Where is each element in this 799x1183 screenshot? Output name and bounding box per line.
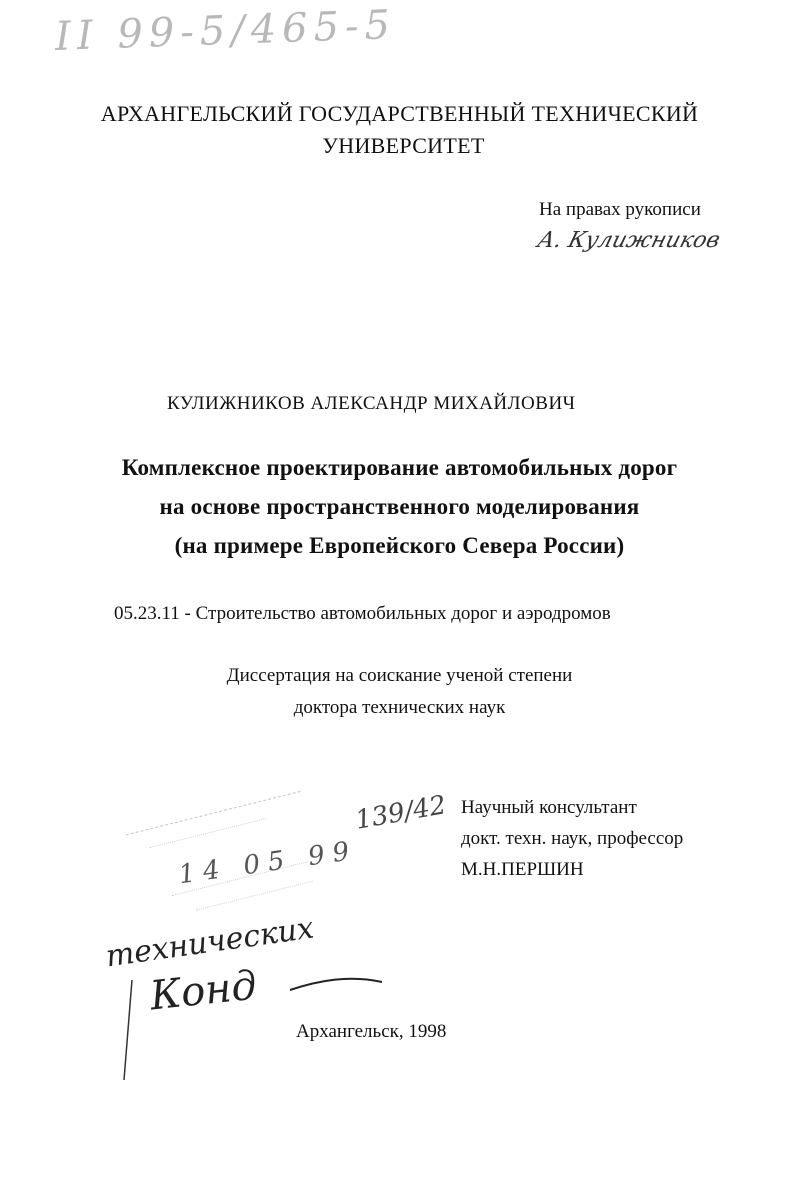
city-year: Архангельск, 1998: [296, 1021, 446, 1043]
consultant-block: Научный консультант докт. техн. наук, пр…: [461, 792, 683, 885]
author-signature: А. Кулижников: [535, 228, 723, 253]
consultant-name: М.Н.ПЕРШИН: [461, 854, 683, 885]
title-line2: на основе пространственного моделировани…: [0, 494, 799, 520]
university-name-line1: АРХАНГЕЛЬСКИЙ ГОСУДАРСТВЕННЫЙ ТЕХНИЧЕСКИ…: [0, 101, 799, 127]
title-line3: (на примере Европейского Севера России): [0, 533, 799, 559]
university-name-line2: УНИВЕРСИТЕТ: [0, 133, 799, 159]
archive-mark: II 99-5/465-5: [54, 2, 396, 60]
consultant-label: Научный консультант: [461, 792, 683, 823]
stamp-number: 139/42: [353, 790, 448, 835]
manuscript-rights-label: На правах рукописи: [539, 199, 701, 221]
dissertation-line2: доктора технических наук: [0, 697, 799, 719]
title-line1: Комплексное проектирование автомобильных…: [0, 455, 799, 481]
specialty-code: 05.23.11 - Строительство автомобильных д…: [114, 603, 611, 625]
author-name: КУЛИЖНИКОВ АЛЕКСАНДР МИХАЙЛОВИЧ: [167, 393, 576, 415]
dissertation-line1: Диссертация на соискание ученой степени: [0, 665, 799, 687]
consultant-degree: докт. техн. наук, профессор: [461, 823, 683, 854]
